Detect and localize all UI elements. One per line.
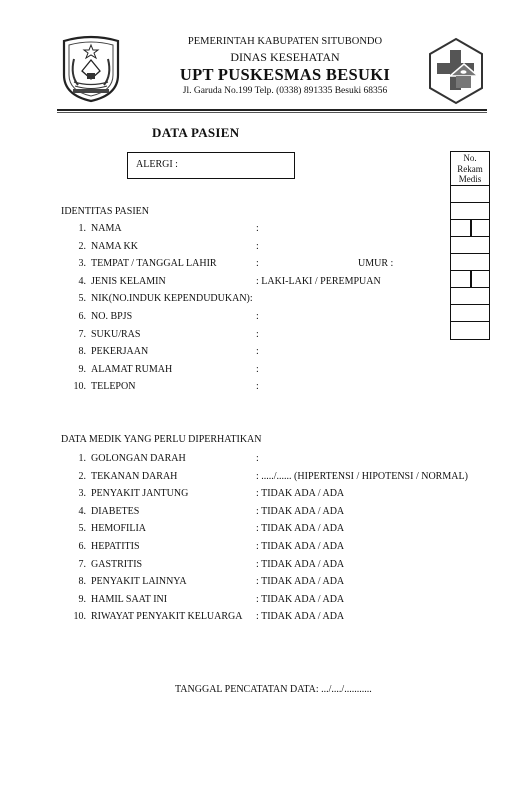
medical-row[interactable]: 1.GOLONGAN DARAH: bbox=[0, 453, 521, 467]
item-label: TEMPAT / TANGGAL LAHIR bbox=[91, 258, 217, 269]
item-label: TELEPON bbox=[91, 381, 135, 392]
item-number: 9. bbox=[79, 594, 87, 605]
medical-record-digit-cell[interactable] bbox=[451, 186, 489, 203]
item-value-field[interactable]: : bbox=[256, 329, 259, 340]
age-field[interactable]: UMUR : bbox=[358, 258, 393, 269]
item-value-field[interactable]: : TIDAK ADA / ADA bbox=[256, 541, 344, 552]
identity-row[interactable]: 1.NAMA: bbox=[0, 223, 521, 237]
medical-row[interactable]: 5.HEMOFILIA: TIDAK ADA / ADA bbox=[0, 523, 521, 537]
item-number: 1. bbox=[79, 223, 87, 234]
item-label: SUKU/RAS bbox=[91, 329, 140, 340]
header-divider-thin bbox=[57, 112, 487, 113]
identity-row[interactable]: 6.NO. BPJS: bbox=[0, 311, 521, 325]
identity-row[interactable]: 5.NIK(NO.INDUK KEPENDUDUKAN): bbox=[0, 293, 521, 307]
item-number: 6. bbox=[79, 541, 87, 552]
item-value-field[interactable]: : bbox=[256, 241, 259, 252]
medical-row[interactable]: 9.HAMIL SAAT INI: TIDAK ADA / ADA bbox=[0, 594, 521, 608]
item-number: 8. bbox=[79, 576, 87, 587]
header-address: Jl. Garuda No.199 Telp. (0338) 891335 Be… bbox=[140, 86, 430, 96]
identity-row[interactable]: 3.TEMPAT / TANGGAL LAHIR:UMUR : bbox=[0, 258, 521, 272]
item-number: 7. bbox=[79, 329, 87, 340]
item-label: NIK(NO.INDUK KEPENDUDUKAN): bbox=[91, 293, 253, 304]
item-number: 2. bbox=[79, 241, 87, 252]
item-label: PEKERJAAN bbox=[91, 346, 148, 357]
item-number: 4. bbox=[79, 276, 87, 287]
item-label: GASTRITIS bbox=[91, 559, 142, 570]
item-number: 8. bbox=[79, 346, 87, 357]
identity-row[interactable]: 7.SUKU/RAS: bbox=[0, 329, 521, 343]
item-value-field[interactable]: : ...../...... (HIPERTENSI / HIPOTENSI /… bbox=[256, 471, 468, 482]
header-institution: UPT PUSKESMAS BESUKI bbox=[140, 65, 430, 85]
item-value-field[interactable]: : LAKI-LAKI / PEREMPUAN bbox=[256, 276, 381, 287]
item-number: 9. bbox=[79, 364, 87, 375]
item-value-field[interactable]: : bbox=[256, 258, 259, 269]
item-label: HEPATITIS bbox=[91, 541, 140, 552]
identity-row[interactable]: 8.PEKERJAAN: bbox=[0, 346, 521, 360]
item-value-field[interactable]: : bbox=[256, 223, 259, 234]
identity-row[interactable]: 9.ALAMAT RUMAH: bbox=[0, 364, 521, 378]
regency-emblem-icon bbox=[60, 35, 122, 103]
item-number: 5. bbox=[79, 293, 87, 304]
medical-record-digit-cell[interactable] bbox=[451, 203, 489, 220]
medical-row[interactable]: 7.GASTRITIS: TIDAK ADA / ADA bbox=[0, 559, 521, 573]
page-title: DATA PASIEN bbox=[152, 125, 239, 141]
item-label: NAMA bbox=[91, 223, 122, 234]
item-value-field[interactable]: : TIDAK ADA / ADA bbox=[256, 594, 344, 605]
identity-row[interactable]: 4.JENIS KELAMIN: LAKI-LAKI / PEREMPUAN bbox=[0, 276, 521, 290]
header-divider bbox=[57, 109, 487, 111]
item-value-field[interactable]: : TIDAK ADA / ADA bbox=[256, 506, 344, 517]
medical-record-label: No. Rekam Medis bbox=[451, 152, 489, 186]
medical-row[interactable]: 6.HEPATITIS: TIDAK ADA / ADA bbox=[0, 541, 521, 555]
item-value-field[interactable]: : TIDAK ADA / ADA bbox=[256, 576, 344, 587]
medical-row[interactable]: 10.RIWAYAT PENYAKIT KELUARGA: TIDAK ADA … bbox=[0, 611, 521, 625]
item-label: HEMOFILIA bbox=[91, 523, 146, 534]
item-number: 10. bbox=[74, 611, 87, 622]
item-value-field[interactable]: : bbox=[256, 364, 259, 375]
medical-record-label-line: Rekam bbox=[451, 164, 489, 175]
identity-row[interactable]: 2.NAMA KK: bbox=[0, 241, 521, 255]
medical-row[interactable]: 3.PENYAKIT JANTUNG: TIDAK ADA / ADA bbox=[0, 488, 521, 502]
item-label: DIABETES bbox=[91, 506, 139, 517]
item-value-field[interactable]: : TIDAK ADA / ADA bbox=[256, 488, 344, 499]
item-number: 6. bbox=[79, 311, 87, 322]
item-label: NO. BPJS bbox=[91, 311, 132, 322]
allergy-label: ALERGI : bbox=[136, 159, 178, 170]
header-department: DINAS KESEHATAN bbox=[140, 50, 430, 65]
item-number: 4. bbox=[79, 506, 87, 517]
allergy-field[interactable]: ALERGI : bbox=[127, 152, 295, 179]
item-number: 7. bbox=[79, 559, 87, 570]
item-label: TEKANAN DARAH bbox=[91, 471, 177, 482]
item-label: JENIS KELAMIN bbox=[91, 276, 166, 287]
puskesmas-logo-icon bbox=[426, 36, 486, 106]
medical-row[interactable]: 4.DIABETES: TIDAK ADA / ADA bbox=[0, 506, 521, 520]
item-number: 2. bbox=[79, 471, 87, 482]
item-number: 5. bbox=[79, 523, 87, 534]
item-value-field[interactable]: : TIDAK ADA / ADA bbox=[256, 559, 344, 570]
medical-row[interactable]: 8.PENYAKIT LAINNYA: TIDAK ADA / ADA bbox=[0, 576, 521, 590]
item-value-field[interactable]: : bbox=[256, 311, 259, 322]
item-number: 3. bbox=[79, 258, 87, 269]
item-label: PENYAKIT LAINNYA bbox=[91, 576, 187, 587]
item-number: 10. bbox=[74, 381, 87, 392]
item-number: 3. bbox=[79, 488, 87, 499]
identity-section-title: IDENTITAS PASIEN bbox=[61, 206, 149, 217]
item-label: GOLONGAN DARAH bbox=[91, 453, 186, 464]
item-label: PENYAKIT JANTUNG bbox=[91, 488, 188, 499]
medical-record-label-line: Medis bbox=[451, 174, 489, 185]
item-value-field[interactable]: : TIDAK ADA / ADA bbox=[256, 611, 344, 622]
item-label: ALAMAT RUMAH bbox=[91, 364, 172, 375]
identity-row[interactable]: 10.TELEPON: bbox=[0, 381, 521, 395]
item-value-field[interactable]: : TIDAK ADA / ADA bbox=[256, 523, 344, 534]
medical-record-label-line: No. bbox=[451, 153, 489, 164]
record-date: TANGGAL PENCATATAN DATA: .../..../......… bbox=[175, 684, 372, 695]
medical-row[interactable]: 2.TEKANAN DARAH: ...../...... (HIPERTENS… bbox=[0, 471, 521, 485]
item-label: HAMIL SAAT INI bbox=[91, 594, 167, 605]
item-value-field[interactable]: : bbox=[256, 381, 259, 392]
item-label: NAMA KK bbox=[91, 241, 138, 252]
medical-section-title: DATA MEDIK YANG PERLU DIPERHATIKAN bbox=[61, 434, 262, 445]
item-number: 1. bbox=[79, 453, 87, 464]
item-label: RIWAYAT PENYAKIT KELUARGA bbox=[91, 611, 243, 622]
item-value-field[interactable]: : bbox=[256, 346, 259, 357]
header-government: PEMERINTAH KABUPATEN SITUBONDO bbox=[140, 36, 430, 47]
item-value-field[interactable]: : bbox=[256, 453, 259, 464]
